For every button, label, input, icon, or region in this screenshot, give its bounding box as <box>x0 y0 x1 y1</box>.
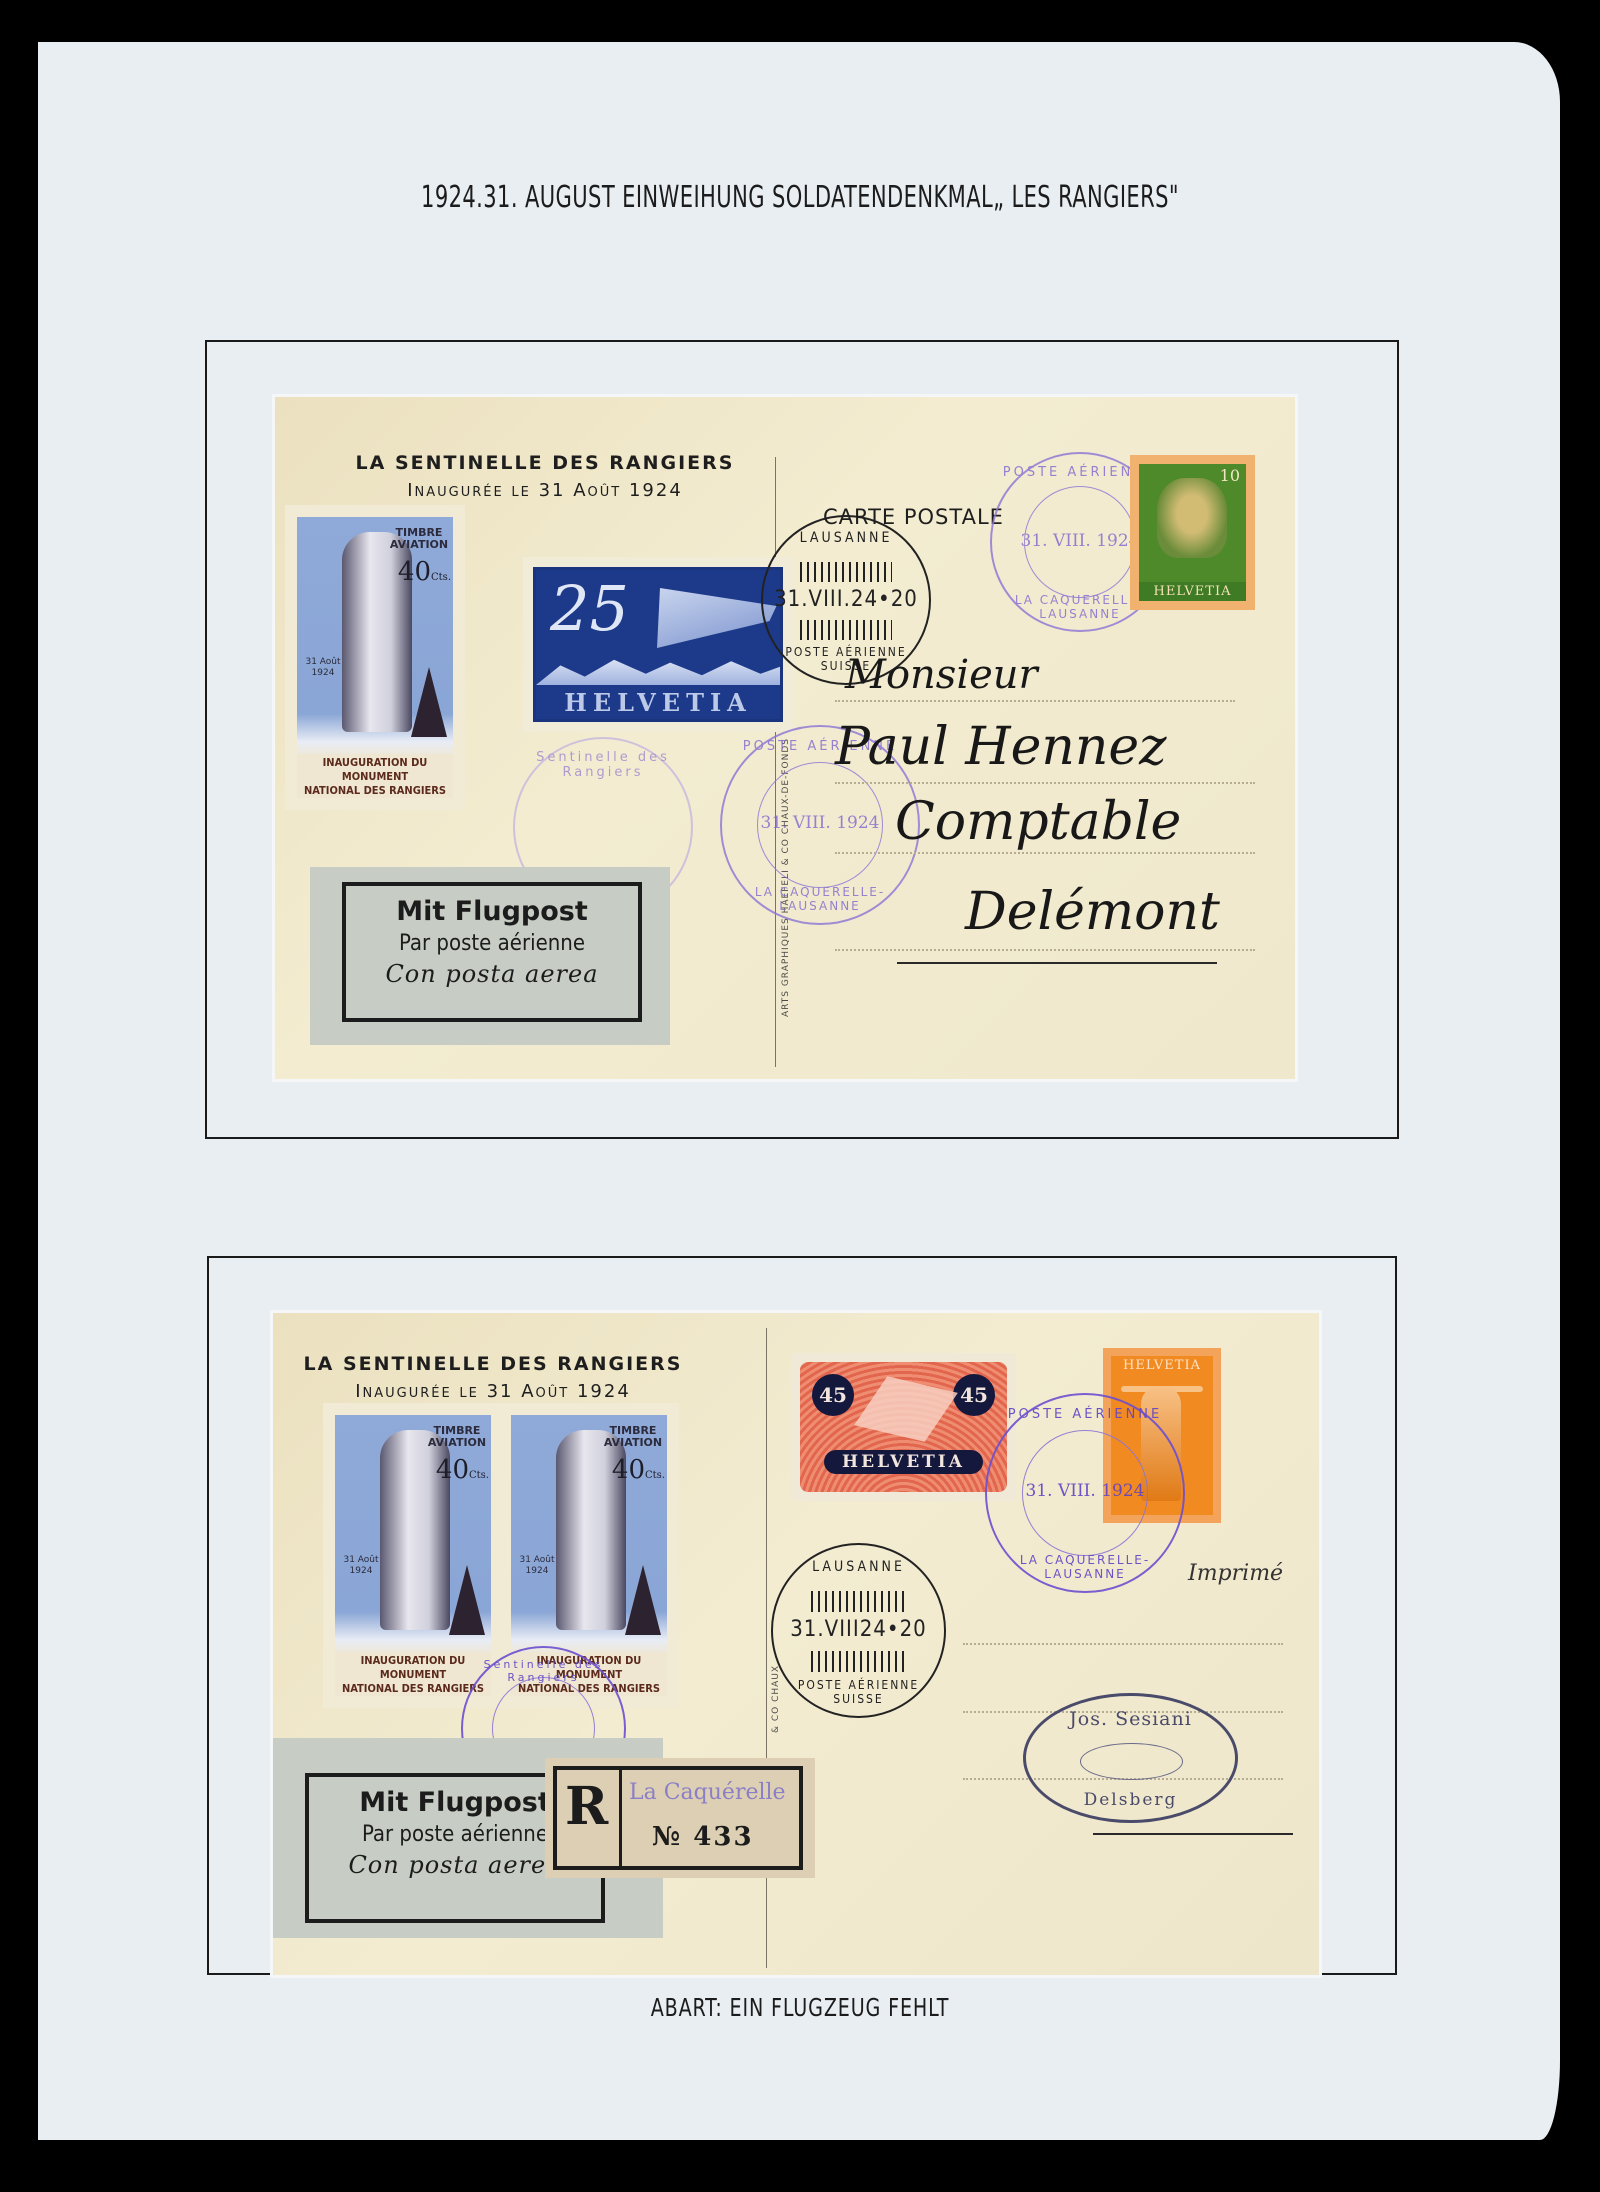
postcard-top[interactable]: LA SENTINELLE DES RANGIERS Inaugurée le … <box>275 397 1295 1079</box>
card-heading-title: LA SENTINELLE DES RANGIERS <box>335 452 755 474</box>
sender-name: Jos. Sesiani <box>1026 1708 1235 1730</box>
card-heading: LA SENTINELLE DES RANGIERS Inaugurée le … <box>283 1353 703 1402</box>
address-line <box>835 852 1255 854</box>
violet-cachet: POSTE AÉRIENNE 31. VIII. 1924 LA CAQUERE… <box>985 1393 1185 1593</box>
stamp-country: HELVETIA <box>1139 582 1246 601</box>
biplane-icon <box>854 1376 958 1442</box>
card-heading-subtitle: Inaugurée le 31 Août 1924 <box>283 1381 703 1402</box>
registration-label: R La Caquérelle № 433 <box>545 1758 815 1878</box>
mountains-icon <box>536 657 780 685</box>
airmail-label-line-3: Con posta aerea <box>346 960 638 988</box>
sender-oval-stamp: Jos. Sesiani Delsberg <box>1023 1693 1238 1823</box>
vignette-value: 40Cts. <box>398 557 451 587</box>
imprime-annotation: Imprimé <box>1188 1561 1283 1586</box>
vignette-bottom-text: INAUGURATION DU MONUMENT NATIONAL DES RA… <box>297 754 453 798</box>
address-line <box>835 949 1255 951</box>
stamp-denomination: 45 <box>812 1374 854 1416</box>
vignette-top-text: TIMBRE AVIATION <box>427 1425 487 1449</box>
vignette-top-text: TIMBRE AVIATION <box>389 527 449 551</box>
vignette-value: 40Cts. <box>436 1455 489 1485</box>
airmail-label-line-1: Mit Flugpost <box>346 896 638 927</box>
william-tell-stamp-10: 10 HELVETIA <box>1130 455 1255 610</box>
fir-tree-icon <box>411 667 447 737</box>
vignette-top-text: TIMBRE AVIATION <box>603 1425 663 1449</box>
vignette-date: 31 Août 1924 <box>517 1555 557 1577</box>
stamp-denomination: 25 <box>550 572 629 645</box>
card-heading-subtitle: Inaugurée le 31 Août 1924 <box>335 480 755 501</box>
fir-tree-icon <box>625 1565 661 1635</box>
registration-number: № 433 <box>652 1822 754 1852</box>
vignette-stamp: TIMBRE AVIATION 40Cts. 31 Août 1924 INAU… <box>285 505 465 810</box>
stamp-country: HELVETIA <box>1111 1358 1213 1373</box>
address-underline <box>897 962 1217 964</box>
registration-place: La Caquérelle <box>629 1780 786 1805</box>
address-underline <box>1093 1833 1293 1835</box>
airmail-stamp-25: 25 HELVETIA <box>523 557 793 732</box>
stamp-denomination: 10 <box>1220 466 1240 485</box>
address-line-2: Paul Hennez <box>835 717 1167 777</box>
vignette-date: 31 Août 1924 <box>303 657 343 679</box>
address-line <box>835 782 1255 784</box>
william-tell-portrait-icon <box>1157 478 1227 558</box>
airmail-label-line-2: Par poste aérienne <box>346 931 638 956</box>
registration-letter: R <box>565 1776 608 1837</box>
stamp-country: HELVETIA <box>824 1450 983 1474</box>
address-line-3: Comptable <box>895 792 1181 852</box>
postcard-bottom[interactable]: LA SENTINELLE DES RANGIERS Inaugurée le … <box>273 1313 1319 1975</box>
fir-tree-icon <box>449 1565 485 1635</box>
page-caption: ABART: EIN FLUGZEUG FEHLT <box>120 1993 1480 2022</box>
address-line-1: Monsieur <box>845 652 1038 698</box>
page-title: 1924.31. AUGUST EINWEIHUNG SOLDATENDENKM… <box>176 180 1424 215</box>
address-line <box>835 700 1235 702</box>
vignette-date: 31 Août 1924 <box>341 1555 381 1577</box>
vignette-value: 40Cts. <box>612 1455 665 1485</box>
carte-postale-label: CARTE POSTALE <box>823 505 1004 529</box>
card-heading-title: LA SENTINELLE DES RANGIERS <box>283 1353 703 1375</box>
airmail-stamp-45: 45 45 HELVETIA <box>791 1353 1016 1501</box>
card-heading: LA SENTINELLE DES RANGIERS Inaugurée le … <box>335 452 755 501</box>
address-line-4: Delémont <box>965 882 1220 942</box>
lausanne-postmark: LAUSANNE 31.VIII24•20 POSTE AÉRIENNE SUI… <box>771 1543 946 1718</box>
sender-city: Delsberg <box>1026 1790 1235 1810</box>
address-line <box>963 1643 1283 1645</box>
airmail-etiquette: Mit Flugpost Par poste aérienne Con post… <box>310 867 670 1045</box>
stamp-country: HELVETIA <box>536 688 780 717</box>
